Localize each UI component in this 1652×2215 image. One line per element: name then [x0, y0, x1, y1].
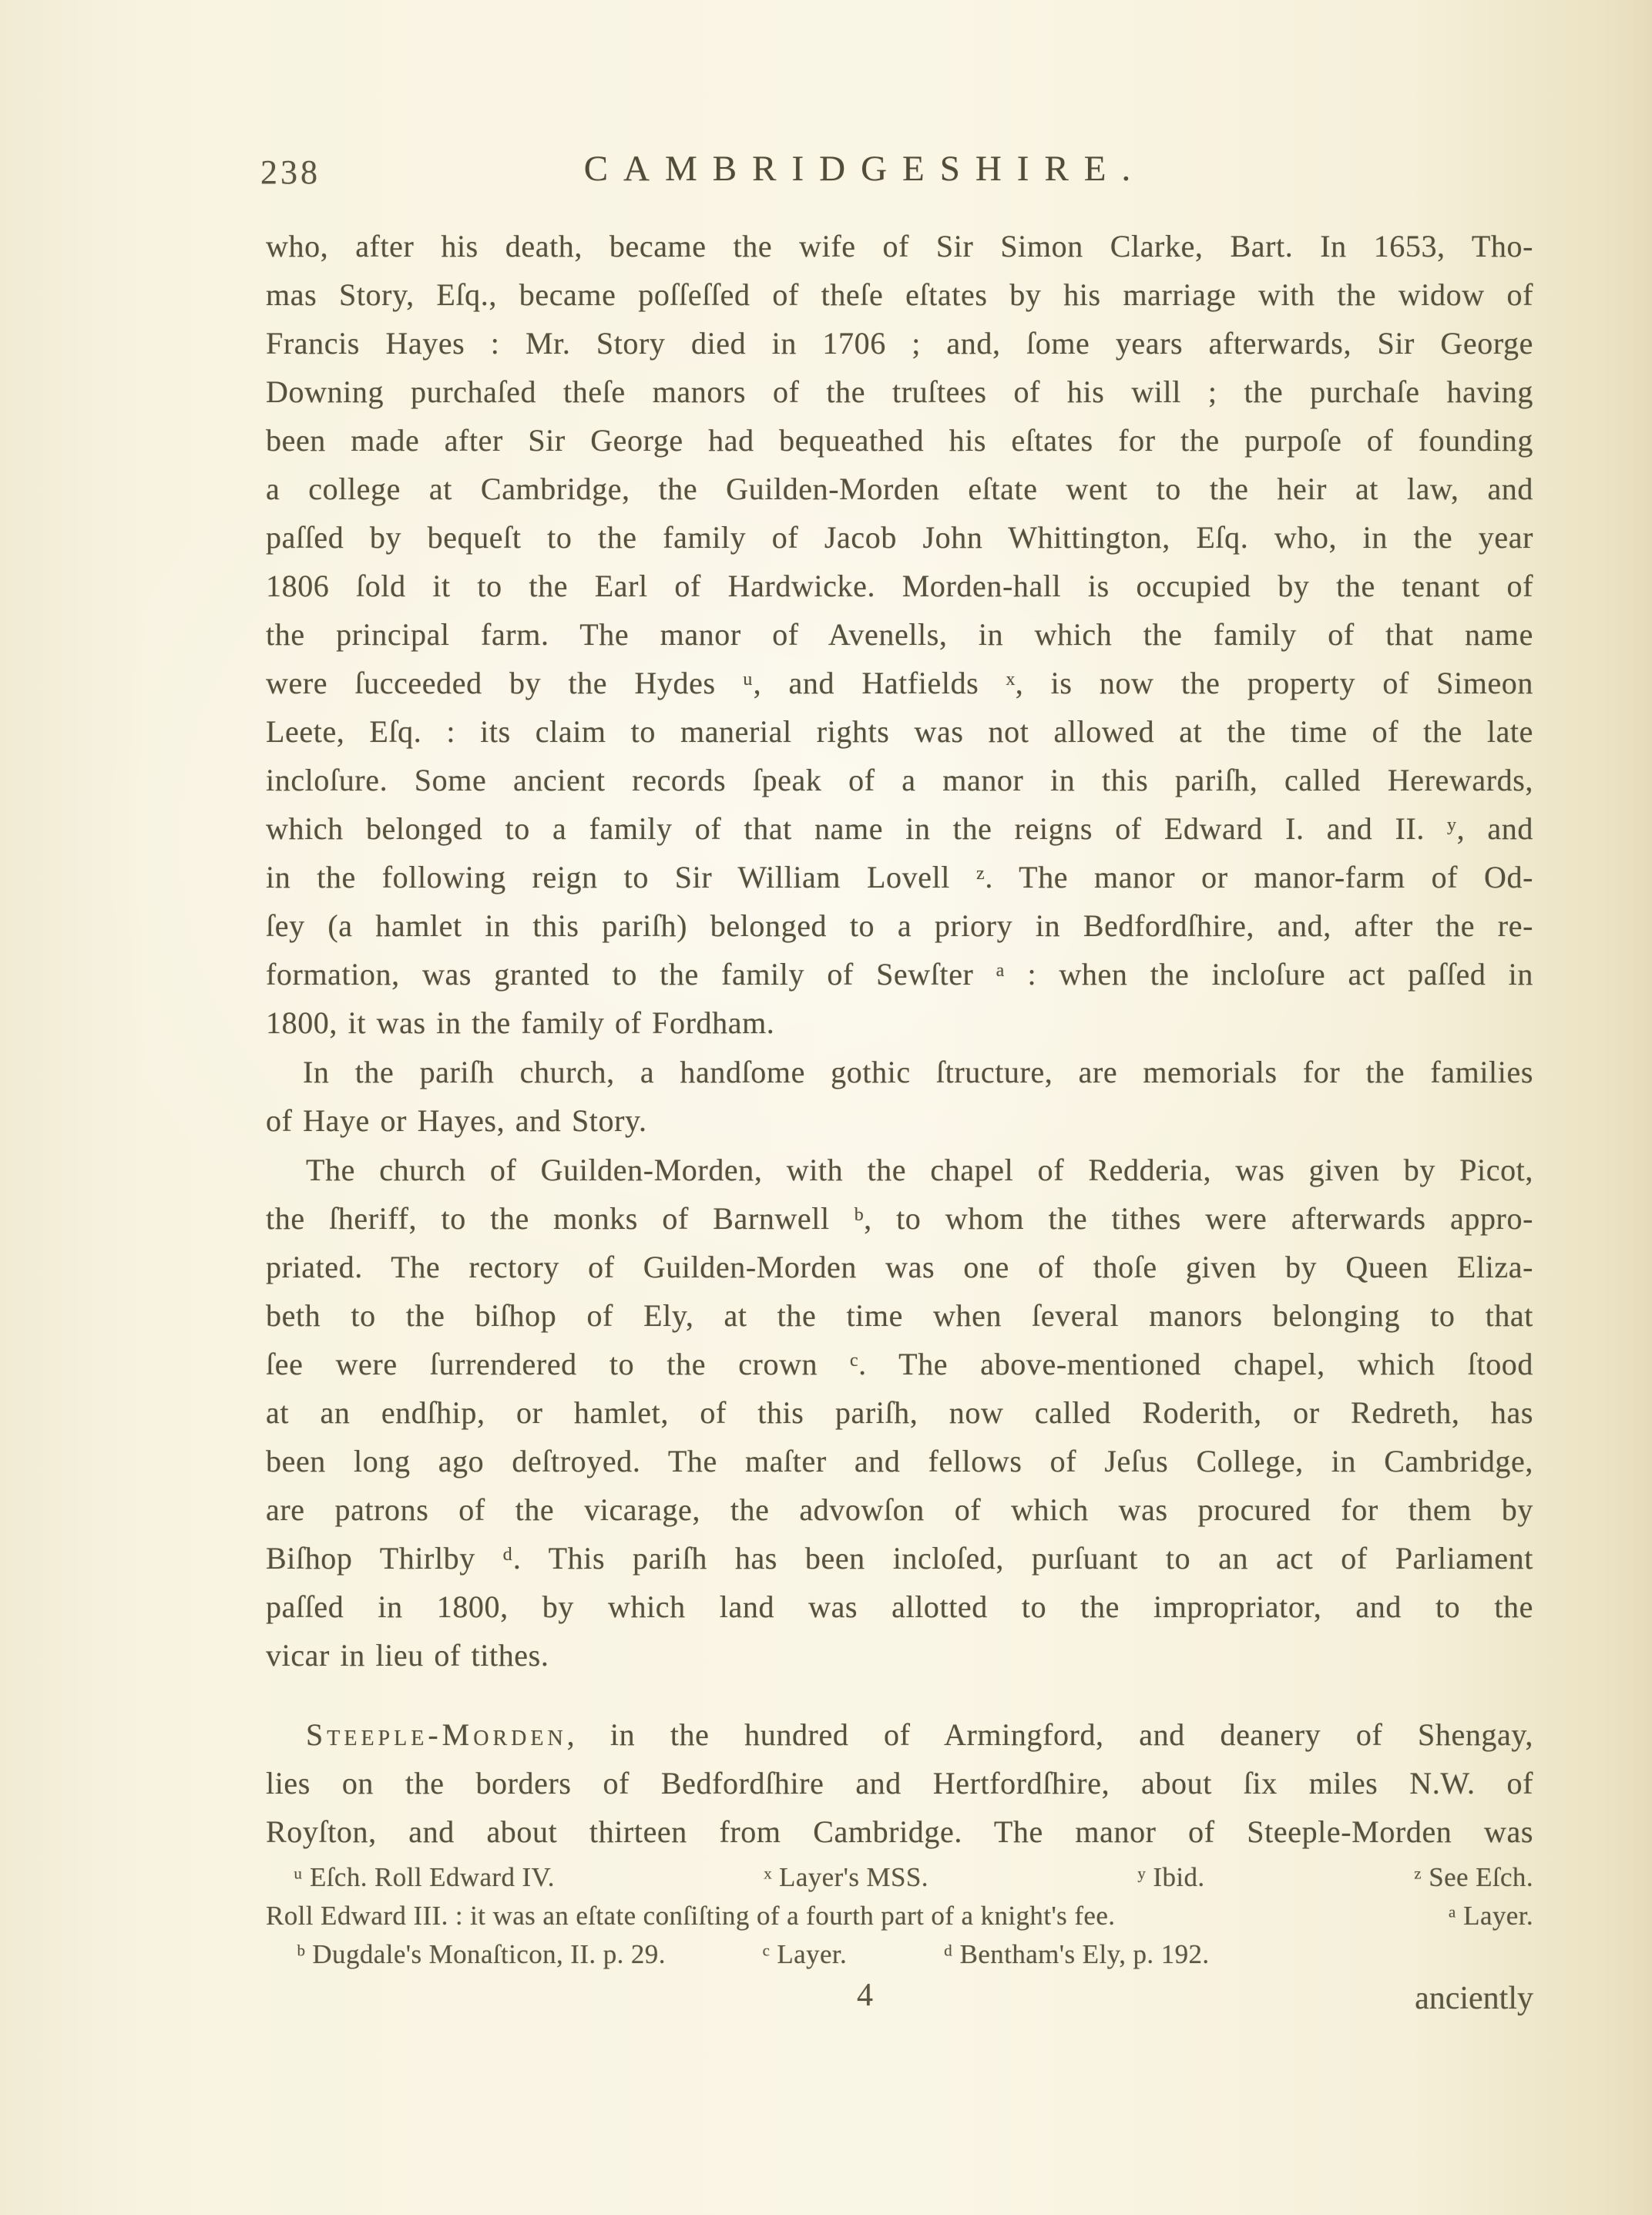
text-line: a college at Cambridge, the Guilden-Mord…: [266, 465, 1533, 513]
text-line: The church of Guilden-Morden, with the c…: [266, 1146, 1533, 1194]
text-line: Leete, Eſq. : its claim to manerial righ…: [266, 707, 1533, 756]
body-paragraph-2: In the pariſh church, a handſome gothic …: [266, 1048, 1533, 1145]
text-line: 1806 ſold it to the Earl of Hardwicke. M…: [266, 562, 1533, 610]
text-line: are patrons of the vicarage, the advowſo…: [266, 1485, 1533, 1534]
footnote-line-1: ᵘ Eſch. Roll Edward IV. ˣ Layer's MSS. ʸ…: [266, 1858, 1533, 1897]
text-line: at an endſhip, or hamlet, of this pariſh…: [266, 1388, 1533, 1437]
text-line: paſſed in 1800, by which land was allott…: [266, 1582, 1533, 1631]
text-line: paſſed by bequeſt to the family of Jacob…: [266, 513, 1533, 562]
text-line: of Haye or Hayes, and Story.: [266, 1096, 1533, 1145]
text-line: in the following reign to Sir William Lo…: [266, 853, 1533, 901]
body-paragraph-3: The church of Guilden-Morden, with the c…: [266, 1146, 1533, 1680]
text-line: beth to the biſhop of Ely, at the time w…: [266, 1291, 1533, 1340]
catchword: anciently: [266, 1980, 1533, 2017]
text-line: the ſheriff, to the monks of Barnwell ᵇ,…: [266, 1194, 1533, 1243]
text-line: formation, was granted to the family of …: [266, 950, 1533, 998]
footnote-x: ˣ Layer's MSS.: [764, 1858, 928, 1897]
footnote-line-2: Roll Edward III. : it was an eſtate conſ…: [266, 1897, 1533, 1935]
body-paragraph-1: who, after his death, became the wife of…: [266, 222, 1533, 1047]
body-paragraph-4: Steeple-Morden, in the hundred of Arming…: [266, 1710, 1533, 1856]
smallcaps-place-name: Steeple-Morden: [306, 1717, 567, 1752]
text-line: vicar in lieu of tithes.: [266, 1631, 1533, 1680]
footnote-line-3: ᵇ Dugdale's Monaſticon, II. p. 29. ᶜ Lay…: [266, 1935, 1533, 1974]
footnotes-block: ᵘ Eſch. Roll Edward IV. ˣ Layer's MSS. ʸ…: [266, 1858, 1533, 1974]
running-title: CAMBRIDGESHIRE.: [266, 148, 1464, 190]
text-line: which belonged to a family of that name …: [266, 804, 1533, 853]
footnote-c: ᶜ Layer.: [763, 1935, 847, 1974]
text-line: Downing purchaſed theſe manors of the tr…: [266, 367, 1533, 416]
text-line: Royſton, and about thirteen from Cambrid…: [266, 1807, 1533, 1856]
footnote-z: ᶻ See Eſch.: [1414, 1858, 1533, 1897]
text-line: Steeple-Morden, in the hundred of Arming…: [266, 1710, 1533, 1759]
footnote-b: ᵇ Dugdale's Monaſticon, II. p. 29.: [297, 1935, 666, 1974]
footnote-a: ᵃ Layer.: [1449, 1897, 1533, 1935]
text-line: Biſhop Thirlby ᵈ. This pariſh has been i…: [266, 1534, 1533, 1582]
text-line: who, after his death, became the wife of…: [266, 222, 1533, 270]
footnote-y: ʸ Ibid.: [1137, 1858, 1204, 1897]
text-line: In the pariſh church, a handſome gothic …: [266, 1048, 1533, 1096]
text-line: been long ago deſtroyed. The maſter and …: [266, 1437, 1533, 1485]
text-line: ſey (a hamlet in this pariſh) belonged t…: [266, 901, 1533, 950]
text-line: 1800, it was in the family of Fordham.: [266, 998, 1533, 1047]
text-line: been made after Sir George had bequeathe…: [266, 416, 1533, 465]
text-line: mas Story, Eſq., became poſſeſſed of the…: [266, 270, 1533, 319]
text-line: incloſure. Some ancient records ſpeak of…: [266, 756, 1533, 804]
text-line: ſee were ſurrendered to the crown ᶜ. The…: [266, 1340, 1533, 1388]
footnote-d: ᵈ Bentham's Ely, p. 192.: [944, 1935, 1209, 1974]
text-line: the principal farm. The manor of Avenell…: [266, 610, 1533, 659]
text-line: lies on the borders of Bedfordſhire and …: [266, 1759, 1533, 1807]
footnote-z-continued: Roll Edward III. : it was an eſtate conſ…: [266, 1897, 1115, 1935]
text-line: priated. The rectory of Guilden-Morden w…: [266, 1243, 1533, 1291]
text-line-rest: , in the hundred of Armingford, and dean…: [567, 1717, 1533, 1752]
scanned-book-page: { "page": { "number": "238", "running_ti…: [0, 0, 1652, 2215]
text-line: Francis Hayes : Mr. Story died in 1706 ;…: [266, 319, 1533, 367]
text-line: were ſucceeded by the Hydes ᵘ, and Hatfi…: [266, 659, 1533, 707]
footnote-u: ᵘ Eſch. Roll Edward IV.: [294, 1858, 555, 1897]
